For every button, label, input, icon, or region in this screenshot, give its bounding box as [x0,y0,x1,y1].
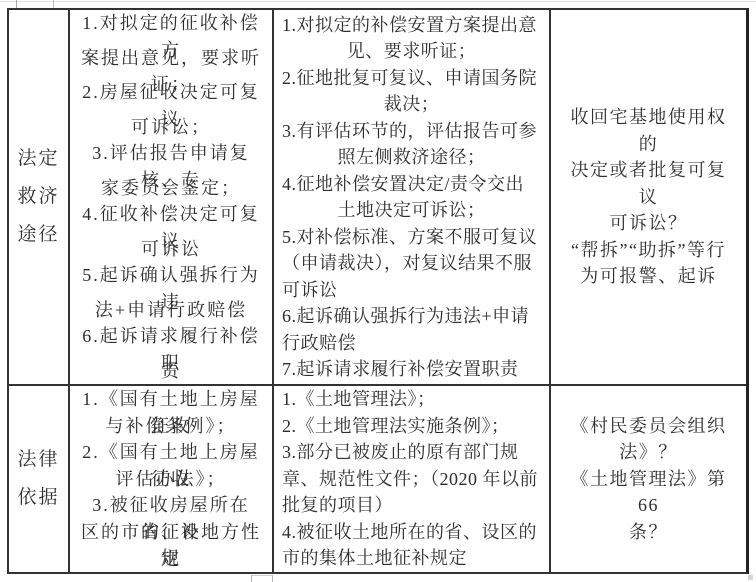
cell-text-line: 2.《国有土地上房屋征收 [75,439,267,466]
cell-text-line: 责 [75,358,267,385]
cell-text-line: 3.部分已被废止的原有部门规 [282,439,541,466]
cell-text-line: 区的市的征补地方性规 [75,519,267,546]
cell-text-line: 家委员会鉴定； [75,175,267,202]
cell-text-line: 章、规范性文件；（2020 年以前 [282,466,541,493]
cell-text-line: 土地决定可诉讼； [282,197,541,224]
row-header-line: 依据 [17,479,59,517]
cell-text-line: 市的集体土地征补规定 [282,545,541,572]
cell-text-line: 4.被征收土地所在的省、设区的 [282,519,541,546]
cell-text-line: 1.《土地管理法》； [282,386,541,413]
cell-text-line: 裁决； [282,91,541,118]
row-header-line: 法定 [17,140,59,178]
row-header-legal-remedies: 法定 救济 途径 [9,10,70,386]
cell-remedies-house-expropriation: 1.对拟定的征收补偿方 案提出意见，要求听证； 2.房屋征收决定可复议 可诉讼；… [70,10,274,386]
cell-text-line: 可诉讼？ [561,210,736,237]
cell-text-line: （申请裁决），对复议结果不服 [282,250,541,277]
cell-text-line: 1.《国有土地上房屋征收 [75,386,267,413]
cell-text-line: 评估办法》； [75,466,267,493]
cell-text-line: 法+申请行政赔偿 [75,297,267,324]
cell-text-line: 案提出意见，要求听证； [75,45,267,80]
cell-text-line: 2.房屋征收决定可复议 [75,79,267,114]
comparison-table: 法定 救济 途径 1.对拟定的征收补偿方 案提出意见，要求听证； 2.房屋征收决… [7,8,749,574]
row-header-line: 救济 [17,178,59,216]
cell-text-line: 批复的项目） [282,492,541,519]
cell-text-line: 《土地管理法》第 66 [561,466,736,519]
cell-text-line: 定 [75,546,267,573]
cell-text-line: 6.起诉确认强拆行为违法+申请 [282,303,541,330]
row-header-legal-basis: 法律 依据 [9,386,70,572]
cell-text-line: 可诉讼； [75,114,267,141]
cell-basis-land-expropriation: 1.《土地管理法》； 2.《土地管理法实施条例》； 3.部分已被废止的原有部门规… [274,386,551,572]
cell-remedies-land-expropriation: 1.对拟定的补偿安置方案提出意 见、要求听证； 2.征地批复可复议、申请国务院 … [274,10,551,386]
cell-basis-house-expropriation: 1.《国有土地上房屋征收 与补偿条例》； 2.《国有土地上房屋征收 评估办法》；… [70,386,274,572]
scan-artifact-top-stub [53,0,54,8]
cell-text-line: 1.对拟定的征收补偿方 [75,10,267,45]
scan-artifact-corner-mark [748,575,753,580]
cell-text-line: 3.评估报告申请复核、专 [75,140,267,175]
cell-text-line: 4.征地补偿安置决定/责令交出 [282,171,541,198]
row-header-line: 途径 [17,216,59,254]
cell-text-line: 法》？ [561,439,736,466]
row-header-line: 法律 [17,441,59,479]
cell-text-line: 5.起诉确认强拆行为违 [75,262,267,297]
cell-text-line: 为可报警、起诉 [561,263,736,290]
cell-text-line: 见、要求听证； [282,38,541,65]
cell-text-line: 7.起诉请求履行补偿安置职责 [282,356,541,383]
cell-text-line: 与补偿条例》； [75,413,267,440]
scan-artifact-bottom-fragment [251,575,273,576]
cell-text-line: 条？ [561,519,736,546]
scan-artifact-bottom-fragment [272,575,273,582]
cell-text-line: 决定或者批复可复议 [561,157,736,210]
cell-text-line: 6.起诉请求履行补偿职 [75,323,267,358]
cell-text-line: 2.《土地管理法实施条例》； [282,413,541,440]
cell-basis-homestead: 《村民委员会组织 法》？ 《土地管理法》第 66 条？ [551,386,746,572]
cell-text-line: 3.被征收房屋所在省、设 [75,492,267,519]
cell-text-line: 照左侧救济途径； [282,144,541,171]
cell-text-line: 1.对拟定的补偿安置方案提出意 [282,12,541,39]
cell-text-line: 2.征地批复可复议、申请国务院 [282,65,541,92]
cell-text-line: 行政赔偿 [282,330,541,357]
scan-artifact-top-line [0,1,756,2]
cell-text-line: 收回宅基地使用权的 [561,104,736,157]
scanned-document-page: 法定 救济 途径 1.对拟定的征收补偿方 案提出意见，要求听证； 2.房屋征收决… [0,0,756,582]
cell-text-line: “帮拆”“助拆”等行 [561,237,736,264]
cell-text-line: 《村民委员会组织 [561,413,736,440]
cell-text-line: 5.对补偿标准、方案不服可复议 [282,224,541,251]
cell-text-line: 3.有评估环节的，评估报告可参 [282,118,541,145]
scan-artifact-top-stub [16,0,17,8]
scan-artifact-bottom-fragment [251,575,252,582]
cell-remedies-homestead: 收回宅基地使用权的 决定或者批复可复议 可诉讼？ “帮拆”“助拆”等行 为可报警… [551,10,746,386]
cell-text-line: 可诉讼 [282,277,541,304]
cell-text-line: 4.征收补偿决定可复议 [75,201,267,236]
cell-text-line: 可诉讼 [75,236,267,263]
